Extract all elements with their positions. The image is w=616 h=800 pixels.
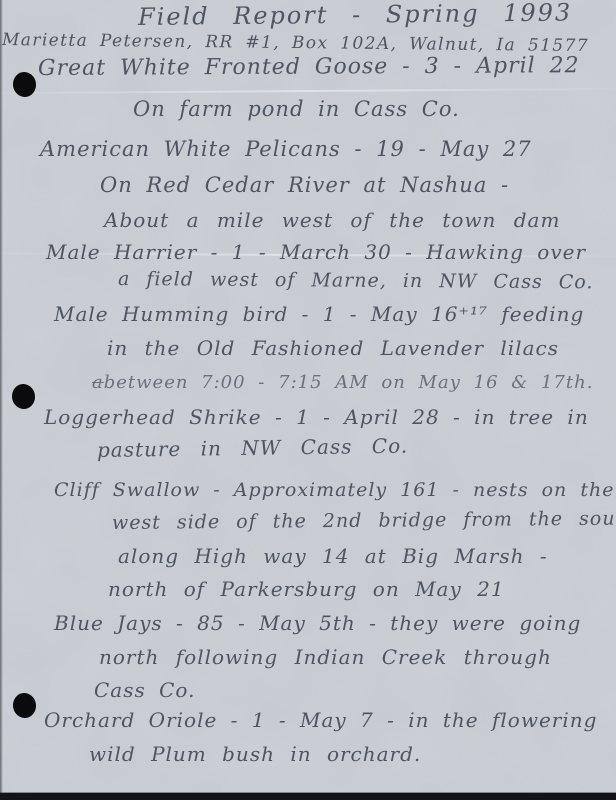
- struck-letter: a: [92, 372, 104, 393]
- entry-orchard-oriole-line2: wild Plum bush in orchard.: [89, 742, 421, 766]
- hole-punch-middle: [10, 383, 36, 411]
- entry-cliff-swallow-line3: along High way 14 at Big Marsh -: [118, 544, 548, 568]
- title-line: Field Report - Spring 1993: [138, 0, 573, 31]
- entry-hummingbird-line3: abetween 7:00 - 7:15 AM on May 16 & 17th…: [92, 372, 593, 393]
- entry-blue-jays-line1: Blue Jays - 85 - May 5th - they were goi…: [54, 611, 581, 635]
- hole-punch-top: [11, 71, 37, 99]
- scan-edge-bottom: [0, 793, 616, 800]
- entry-cliff-swallow-line4: north of Parkersburg on May 21: [108, 577, 505, 601]
- entry-shrike-line2: pasture in NW Cass Co.: [97, 434, 408, 462]
- entry-cliff-swallow-line2: west side of the 2nd bridge from the sou…: [112, 507, 616, 534]
- entry-pelicans-line2: On Red Cedar River at Nashua -: [100, 173, 509, 197]
- byline-address: Marietta Petersen, RR #1, Box 102A, Waln…: [2, 30, 589, 56]
- entry-hummingbird-line2: in the Old Fashioned Lavender lilacs: [107, 336, 559, 360]
- entry-blue-jays-line2: north following Indian Creek through: [99, 645, 552, 669]
- entry-harrier-line2: a field west of Marne, in NW Cass Co.: [118, 268, 594, 293]
- paper: Field Report - Spring 1993 Marietta Pete…: [0, 0, 616, 800]
- entry-harrier-line1: Male Harrier - 1 - March 30 - Hawking ov…: [46, 240, 586, 264]
- paper-crease: [0, 88, 616, 95]
- entry-hummingbird-line3-text: between 7:00 - 7:15 AM on May 16 & 17th.: [104, 372, 594, 393]
- entry-blue-jays-line3: Cass Co.: [94, 678, 195, 702]
- entry-orchard-oriole-line1: Orchard Oriole - 1 - May 7 - in the flow…: [44, 708, 597, 732]
- entry-goose-line2: On farm pond in Cass Co.: [133, 97, 460, 121]
- entry-goose-line1: Great White Fronted Goose - 3 - April 22: [38, 53, 580, 81]
- entry-pelicans-line1: American White Pelicans - 19 - May 27: [40, 137, 532, 161]
- entry-cliff-swallow-line1: Cliff Swallow - Approximately 161 - nest…: [54, 479, 614, 501]
- entry-pelicans-line3: About a mile west of the town dam: [104, 208, 560, 232]
- hole-punch-bottom: [11, 692, 37, 720]
- entry-shrike-line1: Loggerhead Shrike - 1 - April 28 - in tr…: [44, 405, 589, 429]
- scan-edge-left: [0, 0, 3, 800]
- entry-hummingbird-line1: Male Humming bird - 1 - May 16⁺¹⁷ feedin…: [54, 302, 584, 326]
